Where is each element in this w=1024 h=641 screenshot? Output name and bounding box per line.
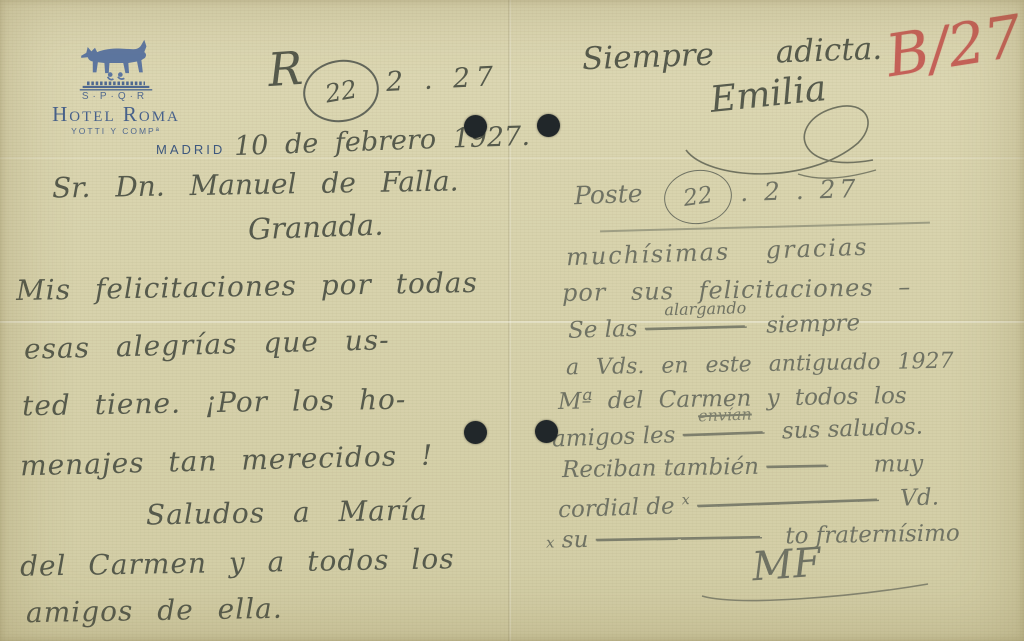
draft-initials: MF (750, 540, 822, 591)
draft-line-corrected: cordial de x ————————— Vd. (558, 483, 940, 523)
draft-segment: sus saludos. (781, 414, 923, 445)
draft-header-underline (600, 222, 930, 233)
letterhead-city: MADRID (156, 142, 225, 157)
draft-line-corrected: Se las —————alargando siempre (568, 310, 861, 344)
draft-line-corrected: amigos les ————envían sus saludos. (552, 414, 924, 453)
body-line: ted tiene. ¡Por los ho- (22, 383, 407, 423)
draft-correction: ————envían (682, 419, 763, 448)
draft-struck-text: ——— (766, 453, 826, 480)
draft-segment: siempre (766, 310, 861, 338)
letterhead-spqr: S·P·Q·R (72, 91, 158, 102)
draft-segment: su (562, 527, 589, 553)
draft-struck-text: ————————— (697, 486, 878, 518)
capitoline-wolf-icon (72, 34, 160, 92)
draft-segment: cordial de (558, 493, 675, 523)
draft-date-rest: . 2 . 27 (740, 174, 860, 207)
draft-struck-text: ———— ———— (596, 524, 761, 553)
recipient-line: Sr. Dn. Manuel de Falla. (52, 164, 459, 204)
body-line: del Carmen y a todos los (20, 542, 455, 583)
draft-line: a Vds. en este antiguado 1927 (566, 349, 954, 381)
draft-segment: Vd. (900, 484, 940, 511)
punch-hole (537, 114, 560, 137)
body-line: esas alegrías que us- (24, 323, 390, 366)
letterhead-company: YOTTI Y COMPª (10, 126, 222, 136)
draft-inserted-struck-text: envían (698, 404, 752, 425)
reception-mark-circle: 22 (298, 54, 384, 128)
body-line: amigos de ella. (26, 592, 283, 629)
reception-mark-day: 22 (323, 74, 359, 108)
draft-line-corrected: Reciban también ——— muy (562, 451, 924, 483)
body-line: Mis felicitaciones por todas (16, 266, 478, 307)
draft-date-day: 22 (682, 182, 715, 212)
punch-hole (535, 420, 558, 443)
body-line: menajes tan merecidos ! (20, 439, 434, 483)
draft-inserted-text: alargando (664, 298, 746, 319)
letterhead-hotel-name: Hotel Roma (10, 102, 222, 127)
draft-segment: Reciban también (562, 454, 759, 483)
punch-hole (464, 115, 487, 138)
valediction: Siempre adicta. (581, 31, 882, 77)
draft-segment: Se las (568, 316, 638, 344)
horizontal-fold-line-lower (0, 321, 1024, 323)
archive-mark: B/27 (882, 2, 1024, 90)
body-line: Saludos a María (146, 494, 428, 532)
letter-scan: S·P·Q·R Hotel Roma YOTTI Y COMPª MADRID … (0, 0, 1024, 641)
reception-mark-initial: R (266, 41, 304, 97)
draft-insertion-mark: x (546, 533, 555, 551)
draft-correction: —————alargando (645, 313, 746, 342)
draft-segment: muy (873, 451, 923, 478)
draft-insertion-mark: x (681, 492, 689, 508)
draft-line: muchísimas gracias (566, 233, 869, 272)
recipient-city: Granada. (247, 208, 383, 247)
punch-hole (464, 421, 487, 444)
draft-segment: amigos les (552, 422, 676, 452)
reception-mark-month-year: 2 . 27 (385, 61, 500, 98)
draft-poste-label: Poste (574, 179, 644, 210)
